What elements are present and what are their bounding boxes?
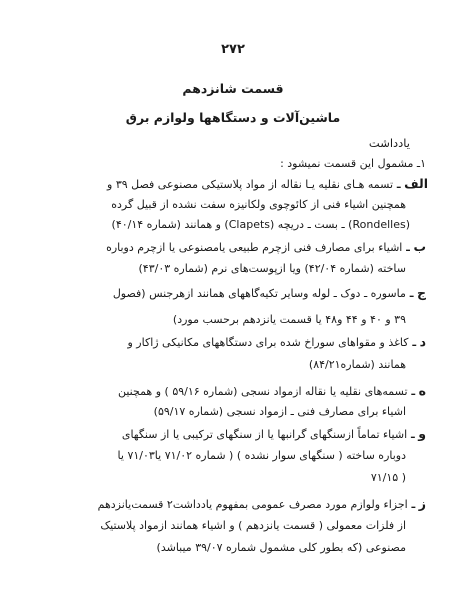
item-jim-line-1: ج ـ ماسوره ـ دوک ـ لوله وسایر تکیه‌گاهها… xyxy=(113,286,426,301)
item-be-line-2: ساخته (شماره ۴۲/۰۴) ویا ازپوست‌های نرم (… xyxy=(139,262,407,276)
item-dash: ـ xyxy=(407,428,415,441)
item-he-line-1: ه ـ تسمه‌های نقلیه یا نقاله ازمواد نسجی … xyxy=(118,384,426,399)
item-alef-line-1: الف ـ تسمه هـای نقلیه یـا نقاله از مواد … xyxy=(107,177,428,192)
item-vav-line-2: دوباره ساخته ( سنگهای سوار نشده ) ( شمار… xyxy=(118,449,406,463)
note-1-intro: ۱ـ مشمول این قسمت نمیشود : xyxy=(280,157,426,171)
item-ze-line-3: مصنوعی (که بطور کلی مشمول شماره ۳۹/۰۷ می… xyxy=(157,541,406,555)
item-label: ه xyxy=(419,383,426,398)
item-label: و xyxy=(418,426,426,441)
item-dash: ـ xyxy=(408,498,416,511)
item-alef-line-3: (Rondelles) ـ بست ـ دریچه (Clapets) و هم… xyxy=(112,218,410,232)
page-number: ۲۷۲ xyxy=(0,42,466,57)
item-dash: ـ xyxy=(393,178,401,191)
item-text: تسمه هـای نقلیه یـا نقاله از مواد پلاستی… xyxy=(107,178,393,191)
item-vav-line-3: ( ۷۱/۱۵ xyxy=(371,471,406,485)
item-jim-line-2: ۳۹ و ۴۰ و ۴۴ و۴۸ یا قسمت یانزدهم برحسب م… xyxy=(173,313,406,327)
item-he-line-2: اشیاء برای مصارف فنی ـ ازمواد نسجی (شمار… xyxy=(154,405,406,419)
item-dal-line-2: همانند (شماره۸۴/۲۱) xyxy=(309,358,406,372)
item-label: ب xyxy=(413,239,426,254)
item-dash: ـ xyxy=(408,385,416,398)
item-text: اشیاء تماماً ازسنگهای گرانبها یا از سنگه… xyxy=(122,428,407,441)
item-text: کاغذ و مقواهای سوراخ شده برای دستگاههای … xyxy=(127,336,408,349)
item-text: اجزاء ولوازم مورد مصرف عمومی بمفهوم یادد… xyxy=(98,498,408,511)
note-heading: یادداشت xyxy=(369,136,410,150)
item-label: ج xyxy=(417,285,426,300)
item-text: تسمه‌های نقلیه یا نقاله ازمواد نسجی (شما… xyxy=(118,385,408,398)
section-subtitle: ماشین‌آلات و دستگاهها ولوازم برق xyxy=(0,110,466,125)
item-text: اشیاء برای مصارف فنی ازچرم طبیعی یامصنوع… xyxy=(106,241,402,254)
document-page: ۲۷۲ قسمت شانزدهم ماشین‌آلات و دستگاهها و… xyxy=(0,0,466,599)
item-label: الف xyxy=(404,176,428,191)
item-dash: ـ xyxy=(402,241,410,254)
item-text: ماسوره ـ دوک ـ لوله وسایر تکیه‌گاههای هم… xyxy=(113,287,406,300)
item-label: د xyxy=(420,334,426,349)
item-vav-line-1: و ـ اشیاء تماماً ازسنگهای گرانبها یا از … xyxy=(122,427,426,442)
item-be-line-1: ب ـ اشیاء برای مصارف فنی ازچرم طبیعی یام… xyxy=(106,240,426,255)
item-label: ز xyxy=(419,496,426,511)
item-dash: ـ xyxy=(408,336,416,349)
item-ze-line-2: از فلزات معمولی ( قسمت یانزدهم ) و اشیاء… xyxy=(100,519,406,533)
item-dash: ـ xyxy=(406,287,414,300)
item-alef-line-2: همچنین اشیاء فنی از کائوچوی ولکانیزه سفت… xyxy=(111,198,406,212)
section-title: قسمت شانزدهم xyxy=(0,81,466,96)
item-dal-line-1: د ـ کاغذ و مقواهای سوراخ شده برای دستگاه… xyxy=(127,335,426,350)
item-ze-line-1: ز ـ اجزاء ولوازم مورد مصرف عمومی بمفهوم … xyxy=(98,497,426,512)
